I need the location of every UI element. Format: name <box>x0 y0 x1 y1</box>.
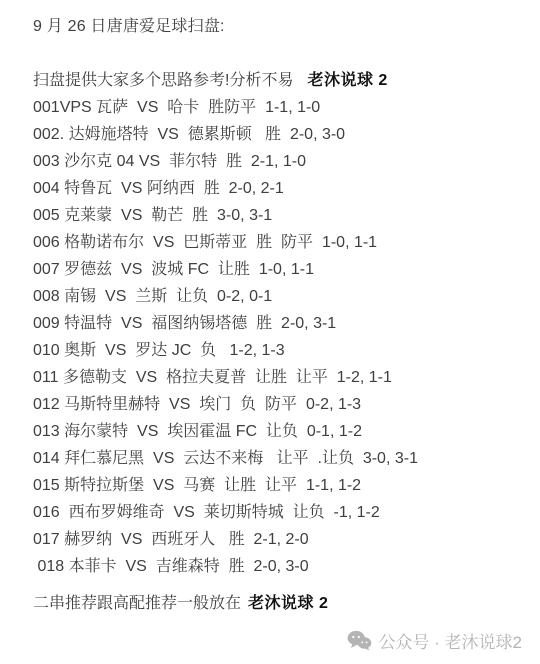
match-line: 012 马斯特里赫特 VS 埃门 负 防平 0-2, 1-3 <box>33 391 522 418</box>
brand-highlight: 老沐说球 2 <box>307 72 387 89</box>
match-line: 018 本菲卡 VS 吉维森特 胜 2-0, 3-0 <box>33 553 522 580</box>
match-line: 011 多德勒支 VS 格拉夫夏普 让胜 让平 1-2, 1-1 <box>33 364 522 391</box>
match-line: 013 海尔蒙特 VS 埃因霍温 FC 让负 0-1, 1-2 <box>33 418 522 445</box>
match-line: 008 南锡 VS 兰斯 让负 0-2, 0-1 <box>33 283 522 310</box>
footer-note: 二串推荐跟高配推荐一般放在老沐说球 2 <box>33 590 522 617</box>
blank-line <box>33 40 522 67</box>
brand-highlight: 老沐说球 2 <box>248 595 328 612</box>
match-line: 002. 达姆施塔特 VS 德累斯顿 胜 2-0, 3-0 <box>33 121 522 148</box>
intro-text: 扫盘提供大家多个思路参考!分析不易 <box>33 72 293 89</box>
match-line: 015 斯特拉斯堡 VS 马赛 让胜 让平 1-1, 1-2 <box>33 472 522 499</box>
match-line: 005 克莱蒙 VS 勒芒 胜 3-0, 3-1 <box>33 202 522 229</box>
match-line: 017 赫罗纳 VS 西班牙人 胜 2-1, 2-0 <box>33 526 522 553</box>
match-line: 004 特鲁瓦 VS 阿纳西 胜 2-0, 2-1 <box>33 175 522 202</box>
match-line: 009 特温特 VS 福图纳锡塔德 胜 2-0, 3-1 <box>33 310 522 337</box>
match-line: 007 罗德兹 VS 波城 FC 让胜 1-0, 1-1 <box>33 256 522 283</box>
watermark: 公众号 · 老沐说球2 <box>347 628 522 653</box>
article-page: 9 月 26 日唐唐爱足球扫盘: 扫盘提供大家多个思路参考!分析不易老沐说球 2… <box>0 0 540 664</box>
footer-text: 二串推荐跟高配推荐一般放在 <box>33 595 241 612</box>
match-line: 016 西布罗姆维奇 VS 莱切斯特城 让负 -1, 1-2 <box>33 499 522 526</box>
match-line: 010 奥斯 VS 罗达 JC 负 1-2, 1-3 <box>33 337 522 364</box>
page-title: 9 月 26 日唐唐爱足球扫盘: <box>33 13 522 40</box>
intro-line: 扫盘提供大家多个思路参考!分析不易老沐说球 2 <box>33 67 522 94</box>
match-line: 003 沙尔克 04 VS 菲尔特 胜 2-1, 1-0 <box>33 148 522 175</box>
match-line: 014 拜仁慕尼黑 VS 云达不来梅 让平 .让负 3-0, 3-1 <box>33 445 522 472</box>
wechat-official-account-icon <box>347 630 372 651</box>
watermark-text: 公众号 · 老沐说球2 <box>378 628 522 653</box>
match-line: 001VPS 瓦萨 VS 哈卡 胜防平 1-1, 1-0 <box>33 94 522 121</box>
match-line: 006 格勒诺布尔 VS 巴斯蒂亚 胜 防平 1-0, 1-1 <box>33 229 522 256</box>
